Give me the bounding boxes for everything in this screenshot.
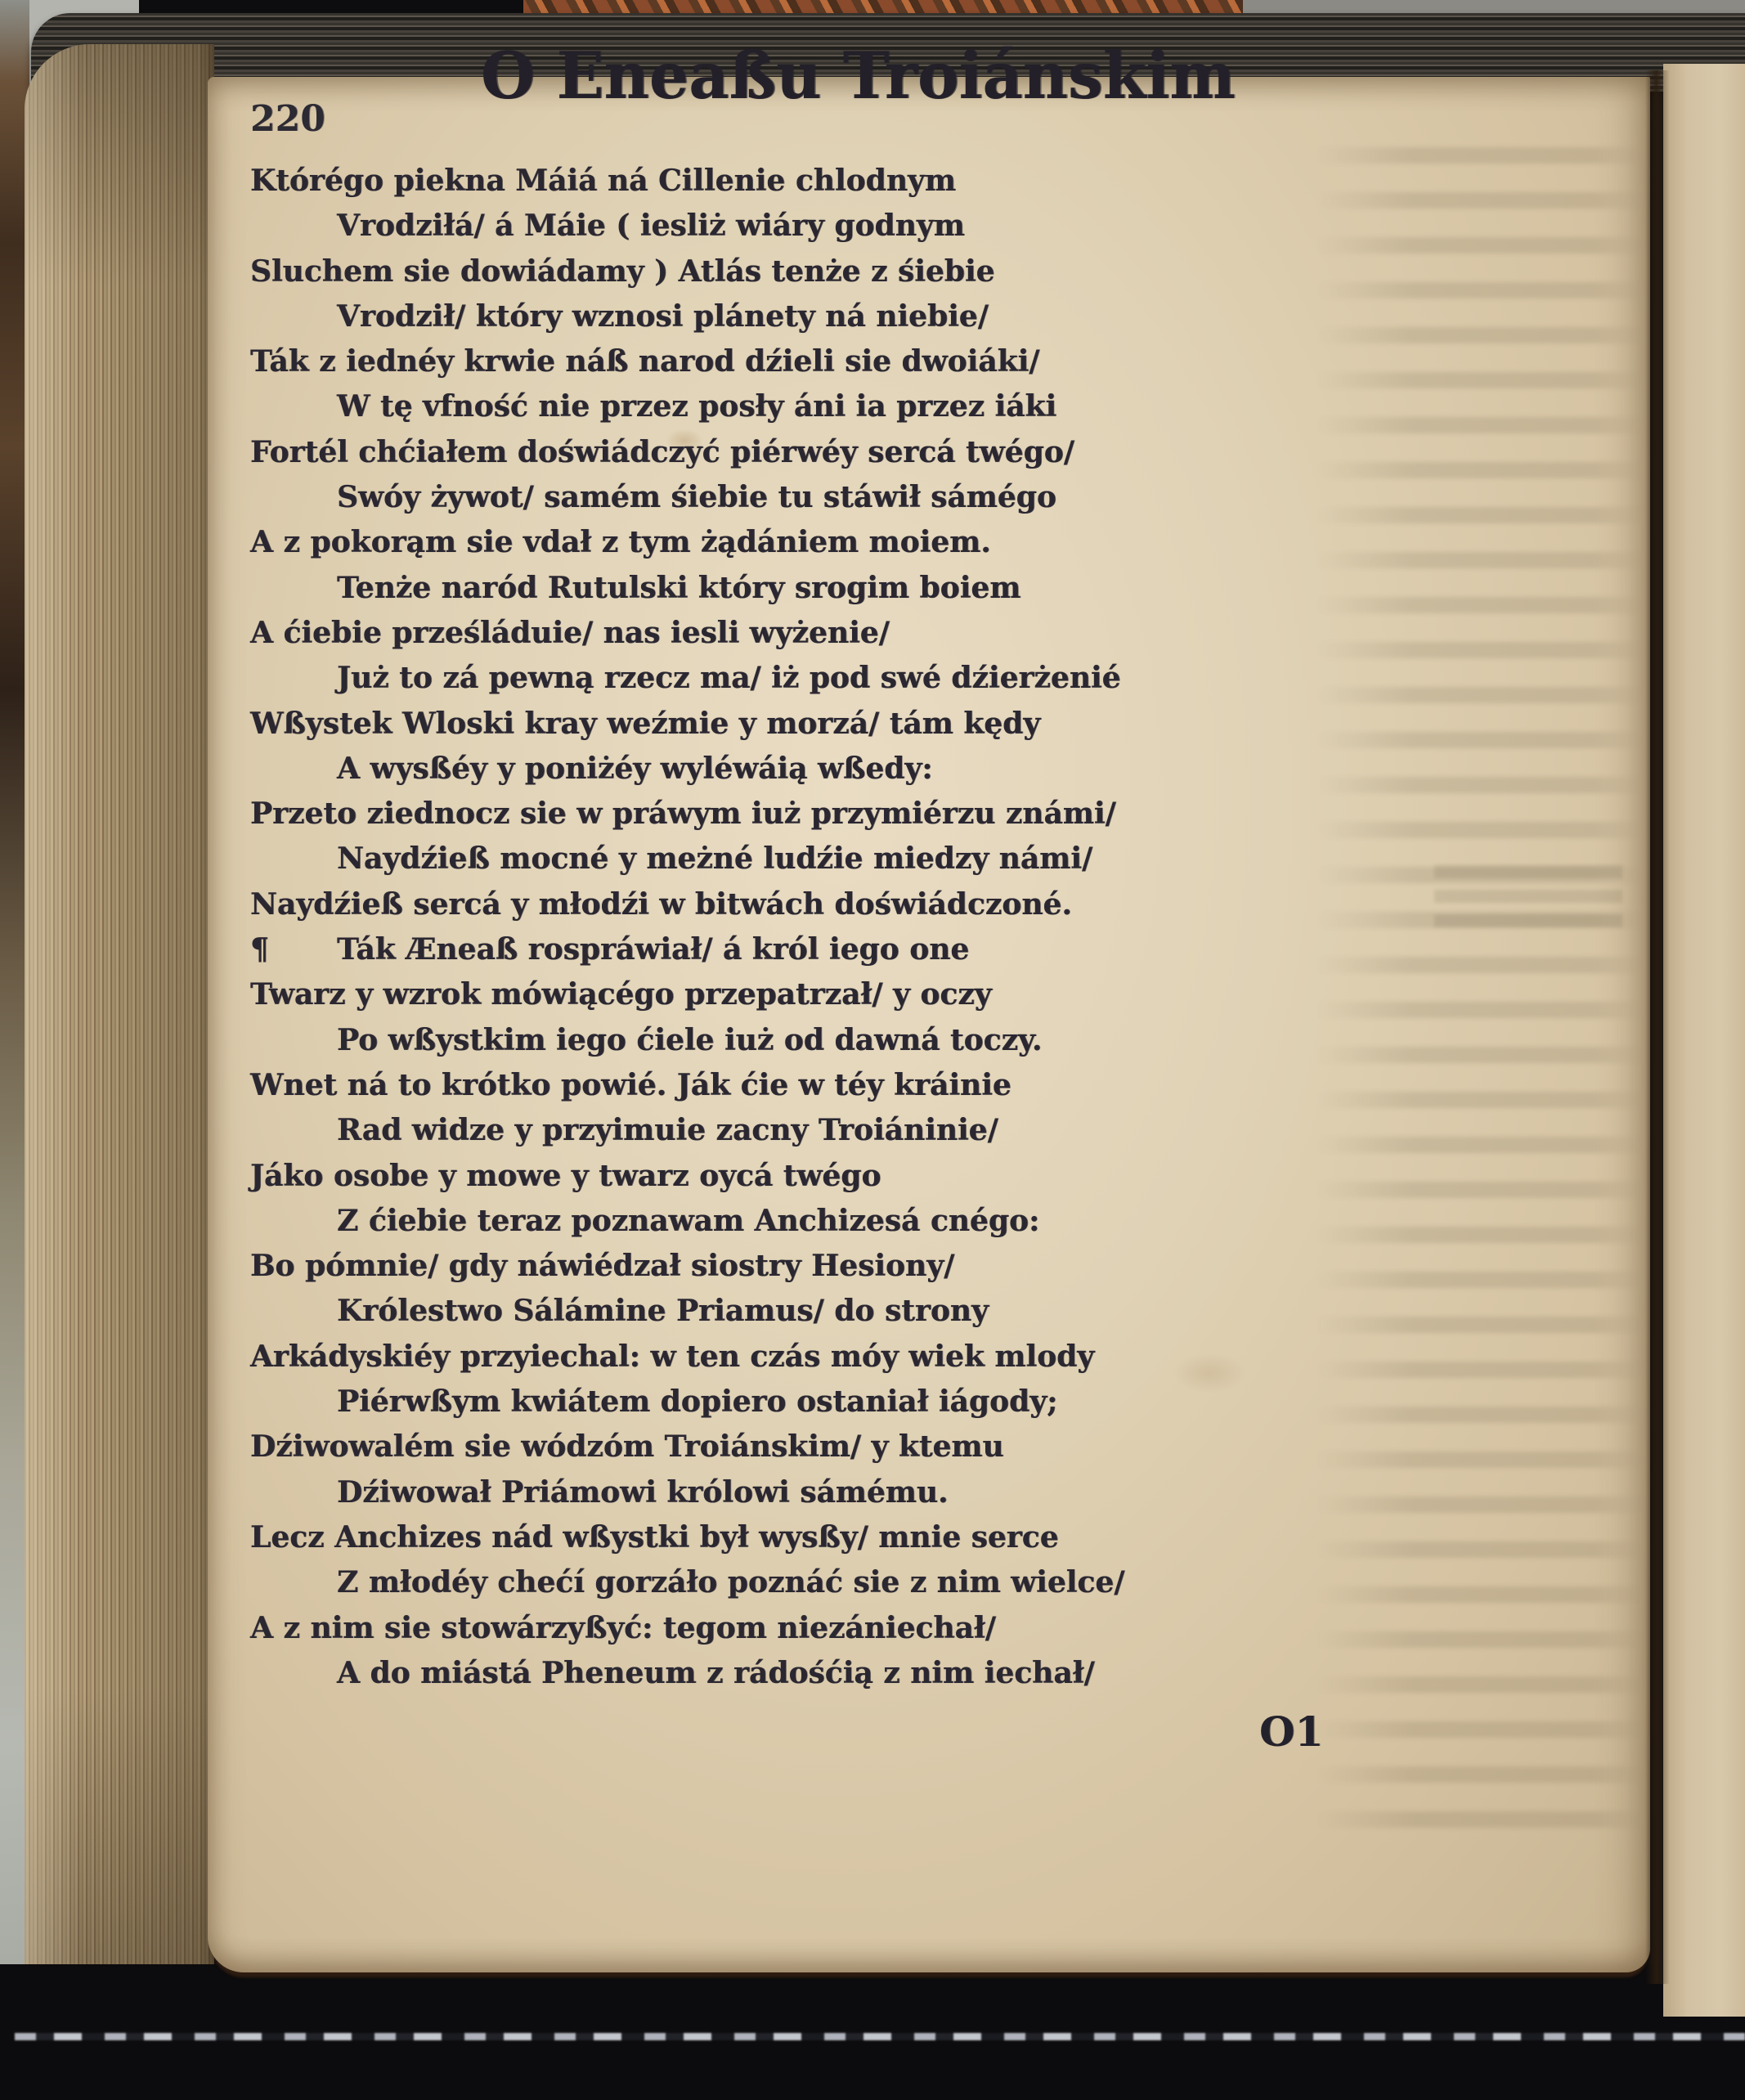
verse-line: Królestwo Sálámine Priamus/ do strony xyxy=(250,1294,1330,1339)
verse-line: Przeto ziednocz sie w práwym iuż przymié… xyxy=(250,796,1330,841)
verse-line: Ták z iednéy krwie náß narod dźieli sie … xyxy=(250,344,1330,389)
verse-line: Dźiwowalém sie wódzóm Troiánskim/ y ktem… xyxy=(250,1429,1330,1474)
pilcrow-mark: ¶ xyxy=(250,932,269,967)
edge-reflection xyxy=(15,2033,1745,2040)
verse-line: A wysßéy y poniżéy wyléwáią wßedy: xyxy=(250,752,1330,796)
verse-line: Fortél chćiałem doświádczyć piérwéy serc… xyxy=(250,435,1330,480)
running-title: O Eneaßu Troiánskim xyxy=(481,38,1236,114)
verse-line: Arkádyskiéy przyiechal: w ten czás móy w… xyxy=(250,1339,1330,1384)
verse-line: Po wßystkim iego ćiele iuż od dawná tocz… xyxy=(250,1023,1330,1068)
verse-line: Już to zá pewną rzecz ma/ iż pod swé dźi… xyxy=(250,661,1330,706)
verse-line: Wnet ná to krótko powié. Ják ćie w téy k… xyxy=(250,1068,1330,1113)
facing-page-edge xyxy=(1663,64,1745,2017)
verse-line: Naydźieß mocné y meżné ludźie miedzy nám… xyxy=(250,841,1330,886)
verso-bleed-through xyxy=(1315,134,1642,1835)
verse-line: A ćiebie prześláduie/ nas iesli wyżenie/ xyxy=(250,616,1330,661)
scan-background xyxy=(0,1964,1745,2100)
verse-line: Sluchem sie dowiádamy ) Atlás tenże z śi… xyxy=(250,254,1330,299)
verse-line: A do miástá Pheneum z rádośćią z nim iec… xyxy=(250,1656,1330,1701)
verse-line: Twarz y wzrok mówiącégo przepatrzał/ y o… xyxy=(250,977,1330,1022)
verse-line: Vrodził/ który wznosi plánety ná niebie/ xyxy=(250,299,1330,344)
verse-line: Którégo piekna Máiá ná Cillenie chlodnym xyxy=(250,164,1330,209)
fore-edge-page-stack xyxy=(25,44,214,2049)
verse-line: Jáko osobe y mowe y twarz oycá twégo xyxy=(250,1159,1330,1204)
verse-line: Wßystek Wloski kray weźmie y morzá/ tám … xyxy=(250,707,1330,752)
verse-line: Z ćiebie teraz poznawam Anchizesá cnégo: xyxy=(250,1204,1330,1249)
verse-line: Lecz Anchizes nád wßystki był wysßy/ mni… xyxy=(250,1520,1330,1565)
verse-line: Piérwßym kwiátem dopiero ostaniał iágody… xyxy=(250,1384,1330,1429)
verse-line: Vrodziłá/ á Máie ( iesliż wiáry godnym xyxy=(250,209,1330,254)
gutter-shadow xyxy=(1645,70,1670,1984)
quire-signature: O1 xyxy=(1259,1707,1323,1756)
verse-line: Dźiwował Priámowi królowi sámému. xyxy=(250,1475,1330,1520)
book-scan: 220 O Eneaßu Troiánskim Którégo piekna M… xyxy=(0,0,1745,2100)
verso-bleed-through-spot xyxy=(1434,854,1622,927)
verse-line: Z młodéy chećí gorzáło poznáć sie z nim … xyxy=(250,1565,1330,1610)
verse-line: Naydźieß sercá y młodźi w bitwách doświá… xyxy=(250,887,1330,932)
verse-line-with-pilcrow: ¶Ták Æneaß rospráwiał/ á król iego one xyxy=(250,932,1330,977)
verse-line: Rad widze y przyimuie zacny Troiáninie/ xyxy=(250,1113,1330,1158)
verse-line: W tę vfność nie przez posły áni ia przez… xyxy=(250,389,1330,434)
verse-line: A z nim sie stowárzyßyć: tegom niezániec… xyxy=(250,1611,1330,1656)
verse-line: Bo pómnie/ gdy náwiédzał siostry Hesiony… xyxy=(250,1249,1330,1294)
verse-line: A z pokorąm sie vdał z tym żądániem moie… xyxy=(250,525,1330,570)
verse-line: Ták Æneaß rospráwiał/ á król iego one xyxy=(337,932,969,967)
verse-block: Którégo piekna Máiá ná Cillenie chlodnym… xyxy=(250,164,1330,1701)
verse-line: Swóy żywot/ samém śiebie tu stáwił sámég… xyxy=(250,480,1330,525)
verse-line: Tenże naród Rutulski który srogim boiem xyxy=(250,571,1330,616)
page-number: 220 xyxy=(250,98,325,140)
